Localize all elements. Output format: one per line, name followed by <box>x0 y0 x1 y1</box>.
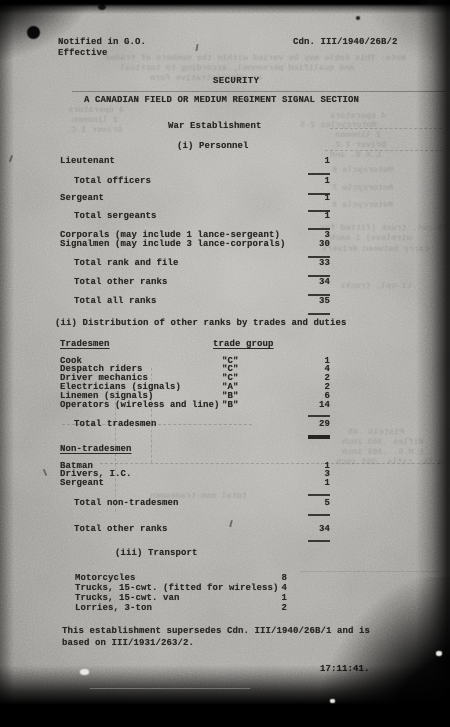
total-other-ranks-value: 34 <box>302 524 330 534</box>
bleed-through-text: Pistols .45 <box>348 428 404 437</box>
number-underline <box>308 415 330 417</box>
notified-in-go-line: Notified in G.O. <box>58 37 146 47</box>
bleed-through-text: Motorcycle 6 <box>332 166 393 175</box>
row-value: 8 <box>259 573 287 583</box>
bleed-through-text: 15-cwt. truck (fitted for <box>320 224 448 233</box>
row-value: 1 <box>302 478 330 488</box>
trade-group-column-header: trade group <box>213 339 274 349</box>
effective-line: Effective <box>58 48 108 58</box>
tradesmen-column-header: Tradesmen <box>60 339 110 349</box>
row-value: 1 <box>302 176 330 186</box>
total-tradesmen-value: 29 <box>302 419 330 429</box>
number-underline <box>308 540 330 542</box>
row-label: Motorcycles <box>75 573 136 583</box>
bleed-through-text: 2 linemen <box>335 131 381 140</box>
bleed-through-text: 4 operators <box>68 106 124 115</box>
row-label: Trucks, 15-cwt. (fitted for wireless) <box>75 583 279 593</box>
number-underline <box>308 494 330 496</box>
supersedes-note-line2: based on III/1931/263/2. <box>62 638 194 648</box>
date-stamp: 17:11:41. <box>320 664 370 674</box>
bleed-grid-line <box>325 150 443 151</box>
page-title: A CANADIAN FIELD OR MEDIUM REGIMENT SIGN… <box>84 95 359 105</box>
white-speck <box>80 669 89 675</box>
trade-group-value: "B" <box>222 400 262 410</box>
row-value: 1 <box>302 193 330 203</box>
bleed-through-text: Rifles .303 inch <box>342 438 424 447</box>
row-label: Sergeant <box>60 193 104 203</box>
bleed-grid-line <box>100 463 440 464</box>
number-underline <box>308 173 330 175</box>
bleed-grid-line <box>330 128 442 129</box>
scanned-document-page: Note: This table may be varied within th… <box>0 0 450 727</box>
number-underline <box>308 313 330 315</box>
bleed-through-text: wireless) 1 each <box>330 234 412 243</box>
bleed-through-text: Motorcycle 8 <box>332 201 393 210</box>
bleed-through-text: 2 linemen <box>72 116 118 125</box>
document-reference: Cdn. III/1940/26B/2 <box>293 37 398 47</box>
total-non-tradesmen-value: 5 <box>302 498 330 508</box>
bleed-through-text: L.A.D. and <box>330 151 381 160</box>
total-tradesmen-label: Total tradesmen <box>74 419 157 429</box>
row-label: Trucks, 15-cwt. van <box>75 593 180 603</box>
row-label: Total all ranks <box>74 296 157 306</box>
bleed-through-text: Note: This table may be varied within th… <box>105 54 406 63</box>
row-value: 4 <box>259 583 287 593</box>
row-label: Lieutenant <box>60 156 115 166</box>
hole-punch-mark <box>27 26 40 39</box>
non-tradesmen-heading: Non-tradesmen <box>60 444 132 454</box>
row-value: 33 <box>302 258 330 268</box>
row-label: Total rank and file <box>74 258 179 268</box>
supersedes-note-line1: This establishment supersedes Cdn. III/1… <box>62 626 370 636</box>
row-value: 34 <box>302 277 330 287</box>
bleed-through-text: Driver I.C. <box>330 141 386 150</box>
row-label: Total other ranks <box>74 277 168 287</box>
bleed-through-text: and qualified personnel, according to ta… <box>120 64 355 73</box>
row-label: Lorries, 3-ton <box>75 603 152 613</box>
ink-speck <box>98 4 106 10</box>
total-non-tradesmen-label: Total non-tradesmen <box>74 498 179 508</box>
bleed-through-text: Motorcycle 7 <box>332 184 393 193</box>
number-underline <box>308 514 330 516</box>
white-speck <box>330 699 335 703</box>
row-label: Signalmen (may include 3 lance-corporals… <box>60 239 286 249</box>
ink-speck <box>356 16 360 20</box>
row-value: 2 <box>259 603 287 613</box>
row-label: Total officers <box>74 176 151 186</box>
white-speck <box>436 651 442 656</box>
bleed-through-text: L.M.G. .303 inch <box>342 448 424 457</box>
subtitle-war-establishment: War Establishment <box>168 121 262 131</box>
row-value: 14 <box>302 400 330 410</box>
row-value: 1 <box>259 593 287 603</box>
personnel-heading: (i) Personnel <box>177 141 249 151</box>
number-underline <box>308 435 330 439</box>
scratch-mark <box>90 688 250 689</box>
bleed-grid-line <box>300 571 440 572</box>
row-label: Operators (wireless and line) <box>60 400 220 410</box>
bleed-through-text: Lt-cpl, trucks <box>340 282 411 291</box>
row-value: 30 <box>302 239 330 249</box>
bleed-through-text: carry between drivers <box>322 245 429 254</box>
security-heading: SECURITY <box>213 76 259 86</box>
row-label: Total sergeants <box>74 211 157 221</box>
row-value: 1 <box>302 156 330 166</box>
distribution-heading: (ii) Distribution of other ranks by trad… <box>55 318 347 328</box>
row-value: 35 <box>302 296 330 306</box>
bleed-through-text: Driver I.C. <box>66 126 122 135</box>
row-label: Sergeant <box>60 478 104 488</box>
security-rule <box>72 91 446 92</box>
total-other-ranks-label: Total other ranks <box>74 524 168 534</box>
row-value: 1 <box>302 211 330 221</box>
transport-heading: (iii) Transport <box>115 548 198 558</box>
